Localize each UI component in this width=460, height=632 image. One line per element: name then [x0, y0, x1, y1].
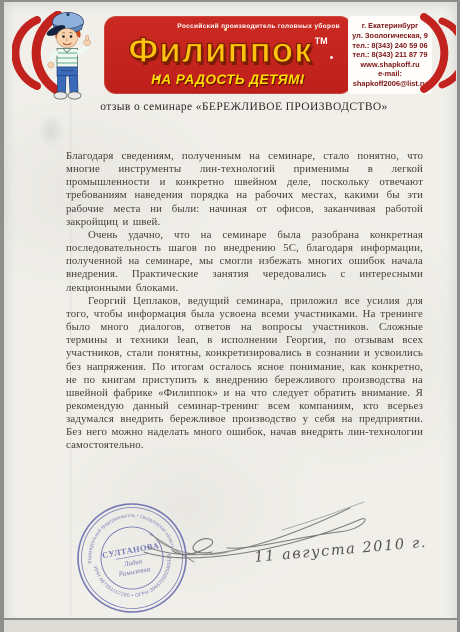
paragraph-3: Георгий Цеплаков, ведущий семинара, прил…	[66, 295, 423, 453]
letter-body: Благодаря сведениям, полученным на семин…	[66, 150, 423, 453]
brand-logo-text: Филиппок	[128, 31, 312, 70]
handwritten-signature	[132, 490, 384, 582]
paragraph-1: Благодаря сведениям, полученным на семин…	[66, 150, 423, 229]
brand-red-panel: Российский производитель головных уборов…	[104, 16, 352, 94]
trademark-mark: ТМ	[315, 36, 328, 46]
producer-line: Российский производитель головных уборов	[177, 23, 340, 30]
scan-smudge	[38, 114, 64, 148]
letterhead-banner: Российский производитель головных уборов…	[12, 8, 456, 98]
mascot-boy-illustration	[36, 9, 98, 101]
document-title: отзыв о семинаре «БЕРЕЖЛИВОЕ ПРОИЗВОДСТВ…	[66, 101, 422, 113]
brand-tagline: НА РАДОСТЬ ДЕТЯМ!	[104, 72, 352, 87]
right-bracket-decoration	[418, 11, 456, 95]
scanned-letter-page: Российский производитель головных уборов…	[4, 2, 457, 632]
paragraph-2: Очень удачно, что на семинаре была разоб…	[66, 229, 423, 295]
scan-bottom-edge	[4, 618, 457, 632]
